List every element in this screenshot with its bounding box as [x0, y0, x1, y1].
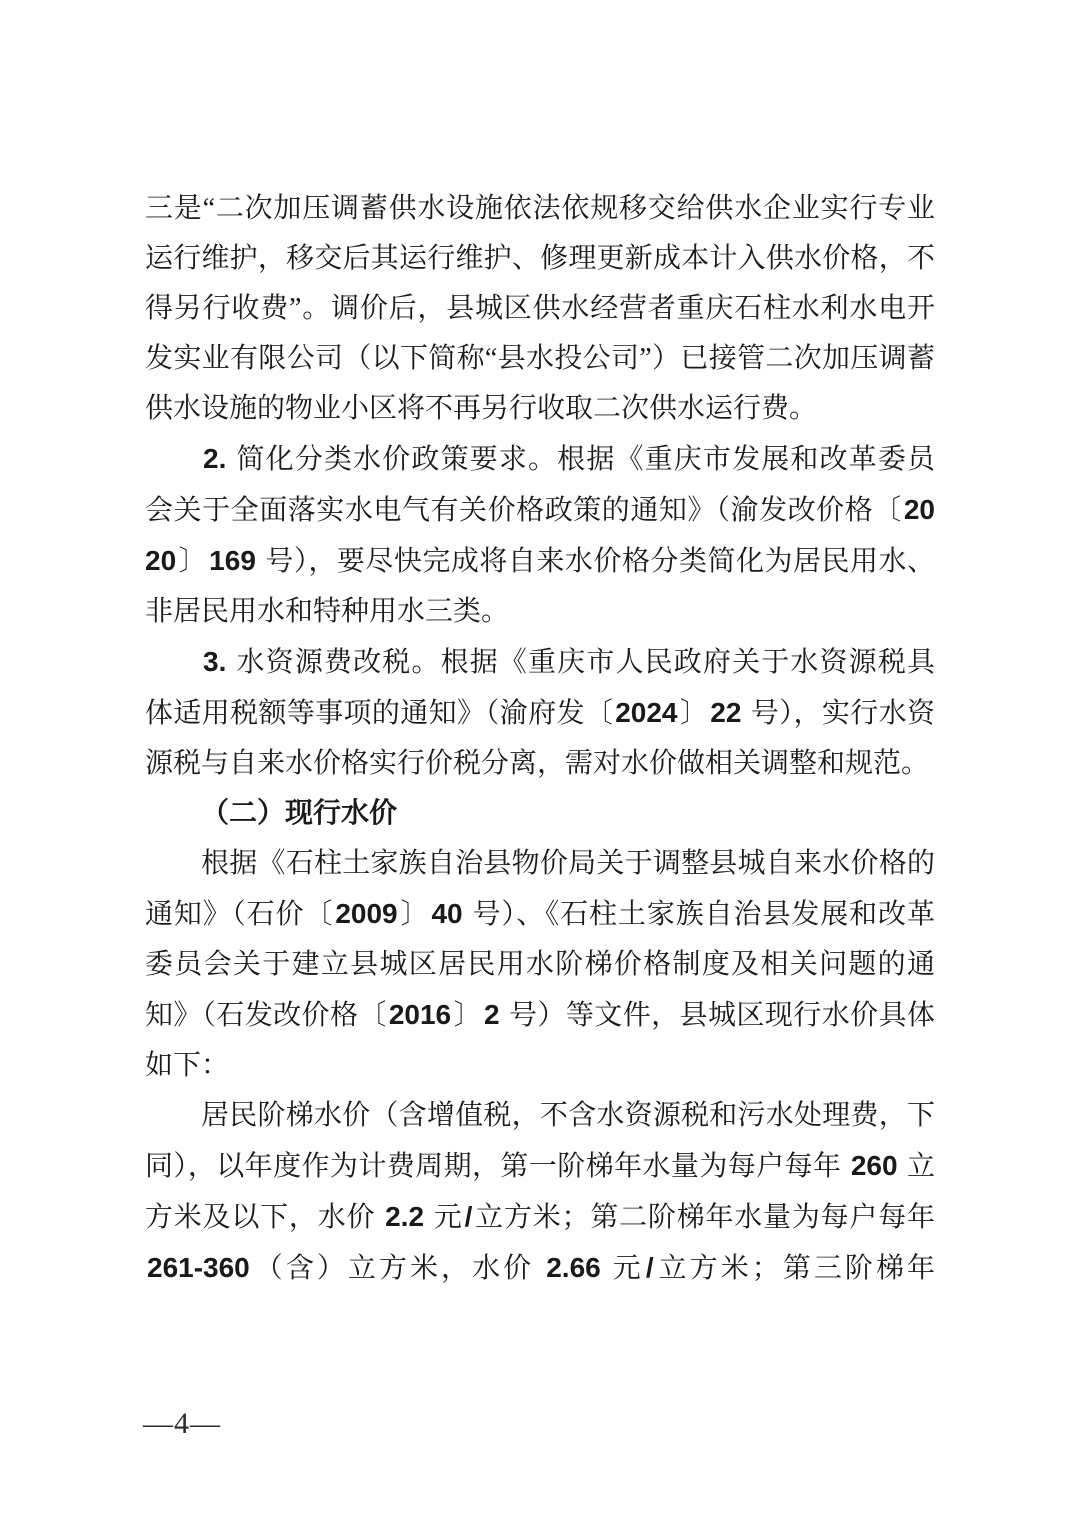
paragraph-item-3-resource-tax: 3. 水资源费改税。根据《重庆市人民政府关于水资源税具体适用税额等事项的通知》（… [145, 637, 935, 789]
paragraph-residential-tier-prices: 居民阶梯水价（含增值税，不含水资源税和污水处理费，下同），以年度作为计费周期，第… [145, 1091, 935, 1294]
paragraph-supply-facility-transfer: 三是“二次加压调蓄供水设施依法依规移交给供水企业实行专业运行维护，移交后其运行维… [145, 184, 935, 434]
paragraph-current-price-basis: 根据《石柱土家族自治县物价局关于调整县城自来水价格的通知》（石价〔2009〕40… [145, 839, 935, 1091]
section-heading-current-water-price: （二）现行水价 [145, 789, 935, 839]
page-number: —4— [143, 1404, 221, 1444]
document-page: { "document": { "paragraphs": [ { "type"… [0, 0, 1074, 1520]
paragraph-item-2-simplify-categories: 2. 简化分类水价政策要求。根据《重庆市发展和改革委员会关于全面落实水电气有关价… [145, 434, 935, 637]
document-body: 三是“二次加压调蓄供水设施依法依规移交给供水企业实行专业运行维护，移交后其运行维… [145, 184, 935, 1294]
